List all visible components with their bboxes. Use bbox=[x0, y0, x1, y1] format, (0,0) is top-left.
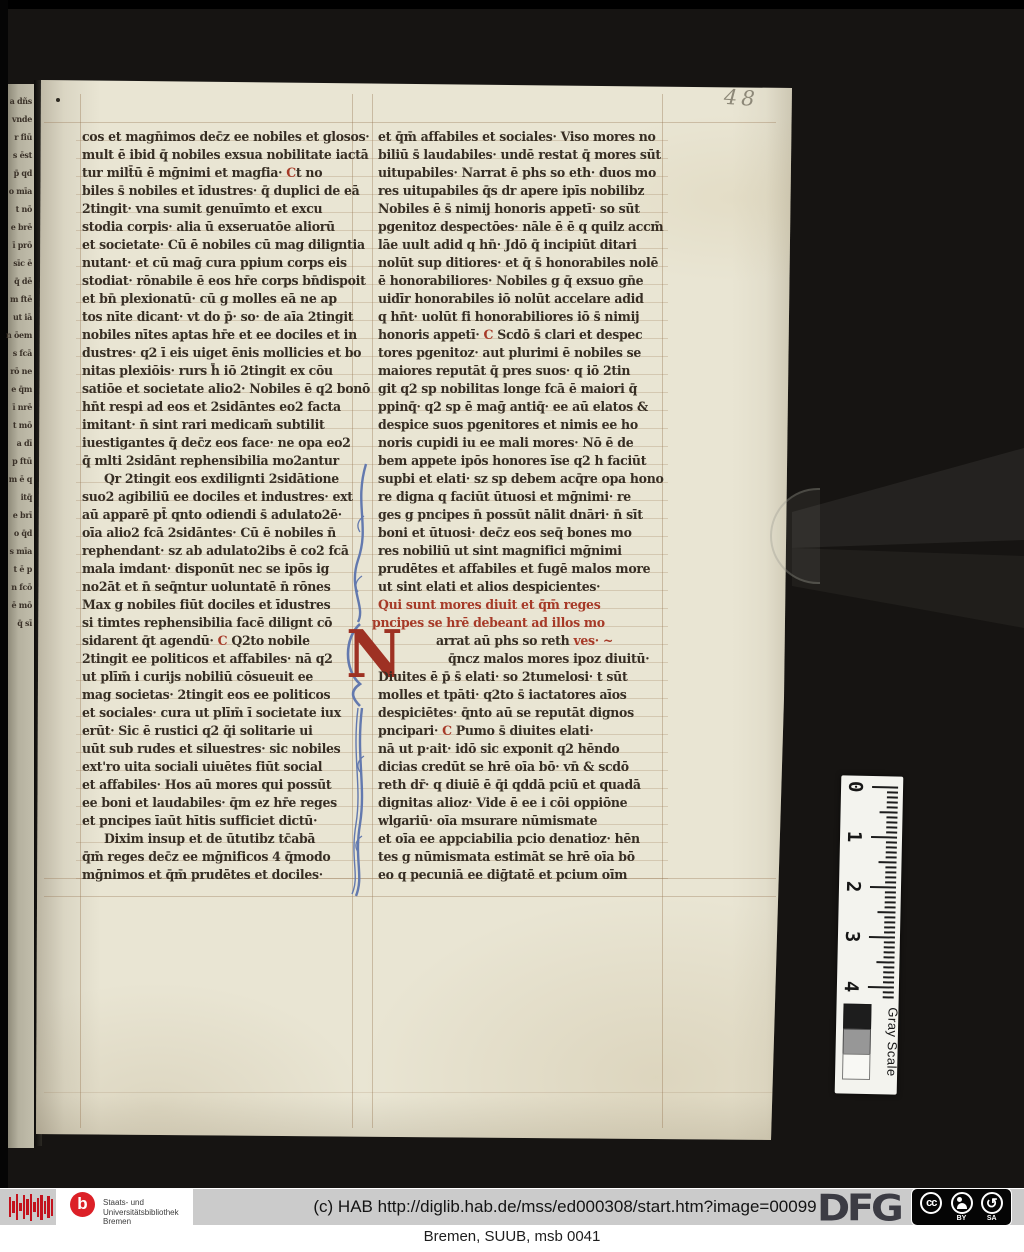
manuscript-page: 48 N cos et magn̄imos dec̄z ee nobiles e… bbox=[36, 78, 792, 1144]
manuscript-line: biles s̄ nobiles et īdustres· q̄ duplic… bbox=[82, 182, 360, 200]
manuscript-line: res uitupabiles q̄s dr apere ipīs nobil… bbox=[378, 182, 644, 200]
facing-page-text-fragment: a dī bbox=[17, 438, 32, 448]
cc-sa-label: SA bbox=[987, 1215, 997, 1222]
manuscript-line: ut plīm̄ i curijs nobiliū cōsueuit ee bbox=[82, 668, 313, 686]
ruler-tick bbox=[885, 881, 896, 883]
manuscript-line: arrat aū phs so reth ves· ~ bbox=[436, 632, 613, 650]
manuscript-line: Dixim insup et de ūtutibz tc̄abā bbox=[104, 830, 315, 848]
ruler-tick bbox=[883, 976, 894, 978]
ruler-tick bbox=[869, 936, 895, 939]
ruler-tick bbox=[885, 901, 896, 903]
ruler-tick bbox=[880, 811, 898, 813]
ruler-tick bbox=[884, 946, 895, 948]
manuscript-line: erūt· Sic ē rustici q2 q̄i solitarie u… bbox=[82, 722, 313, 740]
ruler-tick bbox=[886, 846, 897, 848]
facing-page-text-fragment: ut iā bbox=[13, 312, 32, 322]
manuscript-line: eo q pecuniā ee diḡtatē et pcium oīm bbox=[378, 866, 627, 884]
manuscript-line: pgenitoz despectōes· nāle ē ē q quil… bbox=[378, 218, 663, 236]
library-name-line: Staats- und bbox=[103, 1198, 179, 1208]
manuscript-line: nutant· et cū maḡ cura ppium corps eis bbox=[82, 254, 347, 272]
ruler-tick bbox=[884, 956, 895, 958]
facing-page-text-fragment: e brē bbox=[11, 222, 32, 232]
ruler-tick bbox=[876, 961, 894, 963]
manuscript-line: re digna q faciūt ūtuosi et mḡnimi· r… bbox=[378, 488, 631, 506]
barcode-bar bbox=[51, 1199, 53, 1216]
ruling-horizontal-top bbox=[44, 122, 776, 123]
ruler-tick bbox=[886, 831, 897, 833]
ruler-tick bbox=[885, 891, 896, 893]
barcode-bar bbox=[12, 1201, 14, 1213]
barcode-bar bbox=[30, 1194, 32, 1221]
facing-page-text-fragment: rō ne bbox=[10, 366, 32, 376]
manuscript-line: git q2 sp nobilitas longe fcā ē maiori… bbox=[378, 380, 637, 398]
cc-by-icon: BY bbox=[951, 1192, 973, 1222]
facing-page-text-fragment: o mīa bbox=[9, 186, 32, 196]
manuscript-line: reth dr̄· q diuiē ē q̄i qddā pciū et… bbox=[378, 776, 641, 794]
dfg-logo: DFG bbox=[817, 1187, 901, 1229]
facing-page-text-fragment: o q̄d bbox=[14, 528, 32, 538]
facing-page-text-fragment: r fiū bbox=[14, 132, 32, 142]
manuscript-line: dignitas alioz· Vide ē ee i cōi oppiō… bbox=[378, 794, 627, 812]
barcode-bar bbox=[47, 1196, 49, 1218]
manuscript-line: q̄m̄ reges dec̄z ee mḡnificos 4 q̄modo bbox=[82, 848, 330, 866]
ruler-tick bbox=[870, 886, 896, 889]
ruler-tick bbox=[884, 931, 895, 933]
ruler-tick bbox=[887, 801, 898, 803]
manuscript-line: ut sint elati et alios despicientes· bbox=[378, 578, 600, 596]
manuscript-line: suo2 agibiliū ee dociles et industres· … bbox=[82, 488, 353, 506]
ruler-tick bbox=[883, 966, 894, 968]
ruler-tick bbox=[885, 866, 896, 868]
facing-page-text-fragment: e q̄m bbox=[11, 384, 32, 394]
facing-page-text-fragment: m ē q bbox=[9, 474, 32, 484]
facing-page-text-fragment: ē mō bbox=[12, 600, 32, 610]
manuscript-line: ppinq̄· q2 sp ē maḡ antiq̄· ee aū ela… bbox=[378, 398, 648, 416]
manuscript-line: uūt sub rudes et siluestres· sic nobile… bbox=[82, 740, 340, 758]
ruler-tick bbox=[885, 876, 896, 878]
ruler-tick bbox=[884, 916, 895, 918]
facing-page-text-fragment: n ōem bbox=[6, 330, 32, 340]
manuscript-line: tur milt̄ū ē mḡnimi et magfia· Ct no bbox=[82, 164, 322, 182]
facing-page-text-fragment: e brī bbox=[13, 510, 32, 520]
manuscript-line: lāe uult adid q hn̄· Jdō q̄ incipiūt … bbox=[378, 236, 637, 254]
facing-page-text-fragment: p ftū bbox=[12, 456, 32, 466]
manuscript-line: noris cupidi iu ee mali mores· Nō ē de bbox=[378, 434, 633, 452]
manuscript-line: q hn̄t· uolūt fi honorabiliores iō s̄ … bbox=[378, 308, 639, 326]
library-logo-box: b Staats- und Universitätsbibliothek Bre… bbox=[56, 1188, 193, 1232]
manuscript-line: rephendant· sz ab adulato2ibs ē co2 fca… bbox=[82, 542, 349, 560]
manuscript-line: nā ut p·ait· idō sic exponit q2 hēndo bbox=[378, 740, 619, 758]
manuscript-line: et bn̄ plexionatū· cū g molles eā ne … bbox=[82, 290, 337, 308]
facing-page-text-fragment: m ftē bbox=[10, 294, 32, 304]
manuscript-line: molles et tpāti· q2to s̄ iactatores aī… bbox=[378, 686, 627, 704]
manuscript-line: boni et ūtuosi· dec̄z eos seq̄ bones mo bbox=[378, 524, 632, 542]
facing-page-text-fragment: sīc ē bbox=[13, 258, 32, 268]
manuscript-line: hn̄t respi ad eos et 2sidāntes eo2 fact… bbox=[82, 398, 341, 416]
ruler-tick bbox=[883, 971, 894, 973]
ruler-tick bbox=[885, 906, 896, 908]
facing-page-text-fragment: itq̄ bbox=[21, 492, 32, 502]
ruler-tick bbox=[884, 951, 895, 953]
manuscript-line: pncipes se hrē debeant ad illos mo bbox=[372, 614, 605, 632]
ruler-tick bbox=[886, 826, 897, 828]
manuscript-line: dicias credūt se hrē oīa bō· vn̄ & s… bbox=[378, 758, 629, 776]
manuscript-line: stodia corpis· alia ū exseruatōe alior… bbox=[82, 218, 335, 236]
manuscript-line: nitas plexiōis· rurs h̄ iō 2tingit ex … bbox=[82, 362, 333, 380]
manuscript-line: despice suos pgenitores et nimis ee ho bbox=[378, 416, 638, 434]
manuscript-line: Diuites ē p̄ s̄ elati· so 2tumelosi· t … bbox=[378, 668, 627, 686]
manuscript-line: nobiles nītes aptas hr̄e et ee dociles … bbox=[82, 326, 357, 344]
manuscript-line: Qr 2tingit eos exdilignti 2sidātione bbox=[104, 470, 339, 488]
facing-page-text-fragment: q̄ sī bbox=[17, 618, 32, 628]
ink-speck bbox=[56, 98, 60, 102]
manuscript-line: et pncipes īaūt hītis sufficiet dictu… bbox=[82, 812, 317, 830]
facing-page-text-fragment: p̄ qd bbox=[14, 168, 32, 178]
digitized-manuscript-photo: a dñsvnder fiūs ēstp̄ qdo mīat nōe brēī … bbox=[0, 0, 1024, 1188]
measuring-ruler: 01234 Gray Scale bbox=[835, 775, 904, 1094]
barcode-bar bbox=[16, 1194, 18, 1220]
ruler-tick bbox=[883, 981, 894, 983]
manuscript-line: 2tingit ee politicos et affabiles· nā q… bbox=[82, 650, 333, 668]
manuscript-line: q̄ncz malos mores ipoz diuitū· bbox=[448, 650, 649, 668]
ruler-tick bbox=[886, 841, 897, 843]
ruler-tick bbox=[885, 896, 896, 898]
manuscript-line: prudētes et affabiles et fugē malos mo… bbox=[378, 560, 650, 578]
ruler-number: 2 bbox=[842, 876, 864, 896]
cc-logo-icon: cc bbox=[920, 1192, 942, 1222]
library-name-line: Universitätsbibliothek bbox=[103, 1208, 179, 1218]
library-barcode-logo bbox=[9, 1193, 53, 1221]
ruler-tick bbox=[884, 921, 895, 923]
shelfmark-caption: Bremen, SUUB, msb 0041 bbox=[0, 1228, 1024, 1245]
ruler-tick bbox=[886, 851, 897, 853]
barcode-bar bbox=[9, 1197, 11, 1217]
barcode-bar bbox=[19, 1203, 21, 1211]
creative-commons-badge: cc BY ↺ SA bbox=[911, 1188, 1012, 1226]
ruling-horizontal-lower bbox=[44, 1092, 776, 1093]
manuscript-line: supbi et elati· sz sp debem acq̄re opa h… bbox=[378, 470, 664, 488]
barcode-bar bbox=[40, 1195, 42, 1220]
facing-page-text-fragment: vnde bbox=[12, 114, 32, 124]
manuscript-line: mḡnimos et q̄m̄ prudētes et dociles· bbox=[82, 866, 323, 884]
manuscript-line: ē honorabiliores· Nobiles g q̄ exsuo gn… bbox=[378, 272, 643, 290]
ruler-numbers: 01234 bbox=[841, 775, 903, 776]
manuscript-line: iuestigantes q̄ dec̄z eos face· ne opa e… bbox=[82, 434, 351, 452]
manuscript-line: 2tingit· vna sumit genuīmto et excu bbox=[82, 200, 322, 218]
gray-scale-swatch bbox=[843, 1003, 872, 1030]
ruler-tick bbox=[883, 996, 894, 998]
manuscript-line: Max g nobiles fiūt dociles et īdustres bbox=[82, 596, 330, 614]
ruler-tick bbox=[886, 821, 897, 823]
barcode-bar bbox=[33, 1202, 35, 1212]
manuscript-line: mala imdant· disponūt nec se ipōs ig bbox=[82, 560, 329, 578]
facing-page-text-fragment: s mīa bbox=[10, 546, 32, 556]
manuscript-line: biliū s̄ laudabiles· undē restat q̄ mo… bbox=[378, 146, 661, 164]
manuscript-line: bem appete ipōs honores īse q2 h faciu… bbox=[378, 452, 646, 470]
copyright-url-text: (c) HAB http://diglib.hab.de/mss/ed00030… bbox=[300, 1197, 830, 1217]
ruler-tick bbox=[884, 926, 895, 928]
manuscript-line: et oīa ee appciabilia pcio denatioz· he… bbox=[378, 830, 640, 848]
manuscript-line: stodiat· rōnabile ē eos hr̄e corps bn̄… bbox=[82, 272, 366, 290]
ruler-number: 4 bbox=[840, 976, 862, 996]
manuscript-line: dustres· q2 ī eis uiget ēnis mollicies… bbox=[82, 344, 361, 362]
manuscript-line: cos et magn̄imos dec̄z ee nobiles et glo… bbox=[82, 128, 369, 146]
barcode-bar bbox=[44, 1201, 46, 1214]
library-b-logo: b bbox=[70, 1192, 95, 1217]
facing-page-text-fragment: a dñs bbox=[10, 96, 32, 106]
barcode-bar bbox=[26, 1199, 28, 1215]
sa-arrow-glyph: ↺ bbox=[986, 1196, 998, 1210]
library-name: Staats- und Universitätsbibliothek Breme… bbox=[103, 1198, 179, 1227]
manuscript-line: Qui sunt mores diuit et q̄m̄ reges bbox=[378, 596, 600, 614]
ruler-tick bbox=[868, 986, 894, 989]
manuscript-line: nolūt sup ditiores· et q̄ s̄ honorabile… bbox=[378, 254, 658, 272]
ruler-tick bbox=[883, 991, 894, 993]
facing-page-text-fragment: n fcō bbox=[11, 582, 32, 592]
gray-scale-swatch bbox=[842, 1053, 871, 1080]
barcode-bar bbox=[23, 1195, 25, 1219]
manuscript-line: satiōe et societate alio2· Nobiles ē q… bbox=[82, 380, 370, 398]
library-name-line: Bremen bbox=[103, 1217, 179, 1227]
ruler-tick bbox=[884, 941, 895, 943]
folio-number: 48 bbox=[723, 85, 759, 111]
ruler-tick bbox=[871, 836, 897, 839]
manuscript-line: si timtes rephensibilia facē dilignt co… bbox=[82, 614, 332, 632]
manuscript-line: tos nīte dicant· vt do p̄· so· de aīa … bbox=[82, 308, 353, 326]
ruler-tick bbox=[879, 861, 897, 863]
manuscript-line: ext'ro uita sociali uiuētes fiūt socia… bbox=[82, 758, 322, 776]
manuscript-line: wlgariū· oīa msurare nūmismate bbox=[378, 812, 597, 830]
manuscript-line: aū apparē pt̄ qnto odiendi s̄ adulato2… bbox=[82, 506, 342, 524]
manuscript-line: ges g pncipes n̄ possūt nālit dnāri· … bbox=[378, 506, 643, 524]
facing-page-text-fragment: ī prō bbox=[13, 240, 32, 250]
photo-top-black-band bbox=[0, 0, 1024, 9]
text-column-right: et q̄m̄ affabiles et sociales· Viso more… bbox=[378, 128, 664, 898]
footer-bar: (c) HAB http://diglib.hab.de/mss/ed00030… bbox=[0, 1188, 1024, 1252]
manuscript-line: et societate· Cū ē nobiles cū mag dil… bbox=[82, 236, 365, 254]
ruler-tick bbox=[887, 791, 898, 793]
manuscript-line: sidarent q̄t agendū· C Q2to nobile bbox=[82, 632, 310, 650]
text-column-left: cos et magn̄imos dec̄z ee nobiles et glo… bbox=[82, 128, 368, 898]
cc-by-label: BY bbox=[957, 1215, 967, 1222]
manuscript-line: mag societas· 2tingit eos ee politicos bbox=[82, 686, 330, 704]
facing-page-text-fragment: t mō bbox=[13, 420, 32, 430]
manuscript-line: tes g nūmismata estimāt se hrē oīa b… bbox=[378, 848, 635, 866]
barcode-bar bbox=[37, 1198, 39, 1217]
facing-page-text-fragment: t nō bbox=[16, 204, 32, 214]
ruler-number: 1 bbox=[843, 826, 865, 846]
ruler-tick bbox=[886, 816, 897, 818]
manuscript-line: q̄ mlti 2sidānt rephensibilia mo2antur bbox=[82, 452, 339, 470]
manuscript-line: res nobiliū ut sint magnifici mḡnimi bbox=[378, 542, 622, 560]
manuscript-line: ee boni et laudabiles· q̄m ez hr̄e reges bbox=[82, 794, 337, 812]
ruler-tick bbox=[872, 786, 898, 789]
manuscript-line: honoris appetī· C Scdō s̄ clari et des… bbox=[378, 326, 642, 344]
manuscript-line: tores pgenitoz· aut plurimi ē nobiles s… bbox=[378, 344, 641, 362]
facing-page-text-fragment: s fcā bbox=[13, 348, 32, 358]
ruler-tick bbox=[887, 806, 898, 808]
book-spine-edge bbox=[0, 0, 8, 1188]
manuscript-line: maiores reputāt q̄ pres suos· q iō 2ti… bbox=[378, 362, 630, 380]
cc-sa-icon: ↺ SA bbox=[981, 1192, 1003, 1222]
manuscript-line: no2āt et n̄ seq̄ntur uoluntatē n̄ rōn… bbox=[82, 578, 330, 596]
facing-page-edge: a dñsvnder fiūs ēstp̄ qdo mīat nōe brēī … bbox=[8, 84, 34, 1148]
manuscript-line: uidīr honorabiles iō nolūt accelare a… bbox=[378, 290, 644, 308]
manuscript-line: mult ē ibid q̄ nobiles exsua nobilitate… bbox=[82, 146, 368, 164]
ruler-number: 3 bbox=[841, 926, 863, 946]
ruler-number: 0 bbox=[844, 776, 866, 796]
ruler-tick bbox=[886, 856, 897, 858]
manuscript-line: pncipari· C Pumo s̄ diuites elati· bbox=[378, 722, 593, 740]
cc-text: cc bbox=[926, 1198, 936, 1208]
manuscript-line: Nobiles ē s̄ nimij honoris appetī· so … bbox=[378, 200, 640, 218]
facing-page-text-fragment: ī nrē bbox=[13, 402, 32, 412]
manuscript-line: et affabiles· Hos aū mores qui possūt bbox=[82, 776, 331, 794]
manuscript-line: despiciētes· q̄nto aū se reputāt dign… bbox=[378, 704, 634, 722]
facing-page-text-fragment: t ē p bbox=[14, 564, 32, 574]
ruler-tick bbox=[887, 796, 898, 798]
manuscript-line: et sociales· cura ut plīm̄ ī societate… bbox=[82, 704, 341, 722]
gray-scale-swatch bbox=[842, 1028, 871, 1055]
facing-page-text-fragment: s ēst bbox=[13, 150, 32, 160]
facing-page-text-fragment: q̄ dē bbox=[14, 276, 32, 286]
gray-scale-label: Gray Scale bbox=[884, 1007, 900, 1077]
manuscript-line: et q̄m̄ affabiles et sociales· Viso more… bbox=[378, 128, 656, 146]
manuscript-line: oīa alio2 fcā 2sidāntes· Cū ē nobil… bbox=[82, 524, 336, 542]
ruler-tick bbox=[877, 911, 895, 913]
manuscript-line: imitant· n̄ sint rari medicam̄ subtilit bbox=[82, 416, 325, 434]
manuscript-line: uitupabiles· Narrat ē phs so eth· duos … bbox=[378, 164, 656, 182]
ruler-tick bbox=[885, 871, 896, 873]
